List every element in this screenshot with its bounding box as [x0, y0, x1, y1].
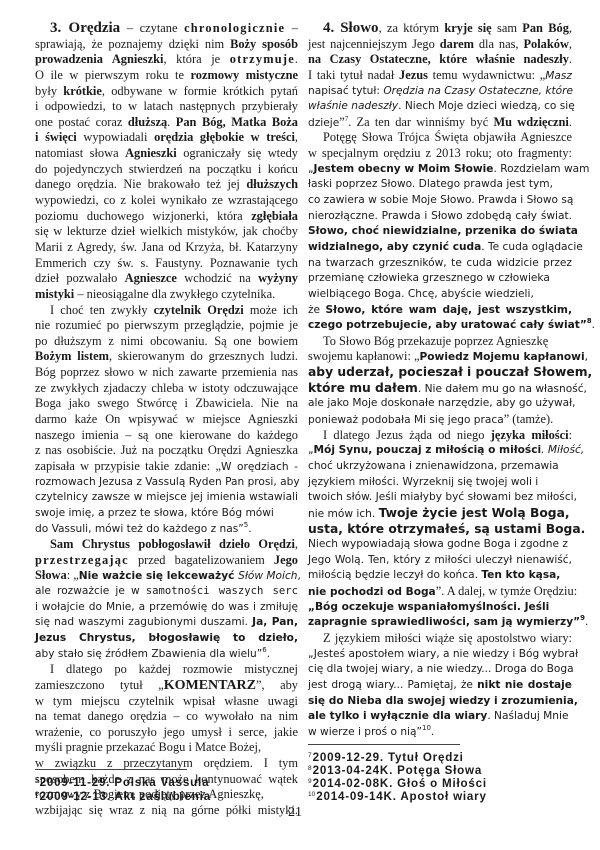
- text-line: Potęgę Słowa Trójca Święta objawiła Agni…: [308, 130, 572, 146]
- text-line: Z językiem miłości wiąże się apostolstwo…: [308, 631, 572, 647]
- text-line: Emmerich czy św. s. Faustyny. Poznawanie…: [35, 256, 298, 272]
- text-line: I taki tytuł nadał Jezus temu wydawnictw…: [308, 68, 572, 84]
- text-line: Marii z Agredy, św. Jana od Krzyża, bł. …: [35, 240, 298, 256]
- quote-line: przemianę człowieka grzesznego w człowie…: [308, 271, 572, 287]
- quote-line: Jego Wolą. Ten, który z miłości uleczył …: [308, 553, 572, 569]
- text-line: naszego imienia – są one kierowane do ka…: [35, 428, 298, 444]
- quote-line: że Słowo, które wam daję, jest wszystkim…: [308, 303, 572, 319]
- quote-line: Słowo, choć niewidzialne, przenika do św…: [308, 224, 572, 240]
- text-line: wzbijając się wraz z nią na górne półki …: [35, 803, 298, 819]
- text-line: ze zwykłych zjadaczy chleba w istoty odc…: [35, 381, 298, 397]
- quote-line: „Mój Synu, pouczaj z miłością o miłości.…: [308, 443, 572, 459]
- text-line: wypowiedzi, co z kolei wynikało ze wzras…: [35, 193, 298, 209]
- text-line: 4. Słowo, za którym kryje się sam Pan Bó…: [308, 21, 572, 37]
- text-line: I dlatego Jezus żąda od niego języka mił…: [308, 428, 572, 444]
- text-line: Sam Chrystus pobłogosławił dzieło Orędzi…: [35, 537, 298, 553]
- text-line: swojemu kapłanowi: „Powiedz Mojemu kapła…: [308, 349, 572, 365]
- text-line: ponieważ podobała Mi się jego praca” (ta…: [308, 412, 572, 428]
- left-column: 3. Orędzia – czytane chronologicznie – s…: [35, 21, 298, 819]
- footnote: 52009-11-29. Polska Vassula: [35, 776, 209, 789]
- quote-line: swoje imię, a przez te słowa, które Bóg …: [35, 506, 298, 522]
- quote-line: nie mów ich. Twoje życie jest Wolą Boga,: [308, 506, 572, 522]
- text-line: natomiast słowa Agnieszki ograniczały si…: [35, 146, 298, 162]
- quote-line: Niech wypowiadają słowa godne Boga i zgo…: [308, 537, 572, 553]
- quote-line: napisać tytuł: Orędzia na Czasy Ostatecz…: [308, 84, 572, 100]
- quote-line: do Vassuli, mówi też do każdego z nas”5.: [35, 522, 298, 538]
- text-line: sprawiają, że poznajemy dzięki nim Boży …: [35, 37, 298, 53]
- quote-line: miłością będzie leczył do końca. Ten kto…: [308, 568, 572, 584]
- text-line: mistyki – nieosiągalne dla zwykłego czyt…: [35, 287, 298, 303]
- text-line: wrażenie, co poruszyło jego umysł i serc…: [35, 725, 298, 741]
- text-line: Bóg poprzez słowo w nich zawarte przemie…: [35, 365, 298, 381]
- quote-line: zapragnie sprawiedliwości, sam ją wymier…: [308, 615, 572, 631]
- text-line: dzieł pozwalało Agnieszce wchodzić na wy…: [35, 271, 298, 287]
- page-number: 21: [288, 805, 302, 821]
- quote-line: na twarzach grzeszników, te cuda widzici…: [308, 256, 572, 272]
- quote-line: czytelnicy zawsze w miejsce jej imienia …: [35, 490, 298, 506]
- quote-line: się do Nieba dla swojej wiedzy i zrozumi…: [308, 694, 572, 710]
- quote-line: językiem miłości. Wyrzeknij się twojej w…: [308, 475, 572, 491]
- quote-line: „Bóg oczekuje wspaniałomyślności. Jeśli: [308, 600, 572, 616]
- quote-line: się nad waszymi zagubionymi duszami. Ja,…: [35, 615, 298, 631]
- quote-line: choć ukrzyżowana i znienawidzona, przema…: [308, 459, 572, 475]
- quote-line: aby stało się źródłem Zbawienia dla wiel…: [35, 647, 298, 663]
- text-line: Słowa: „Nie ważcie się lekceważyć Słów M…: [35, 568, 298, 584]
- text-line: O ile w pierwszym roku te rozmowy mistyc…: [35, 68, 298, 84]
- text-line: do pojedynczych stwierdzeń na początku i…: [35, 162, 298, 178]
- quote-line: które mu dałem. Nie dałem mu go na własn…: [308, 381, 572, 397]
- text-line: jest najcenniejszym Jego darem dla nas, …: [308, 37, 572, 53]
- text-line: I choć ten zwykły czytelnik Orędzi może …: [35, 303, 298, 319]
- text-line: darmo każe On wpisywać w miejsce Agniesz…: [35, 412, 298, 428]
- footnote: 92014-02-08K. Głoś o Miłości: [308, 777, 487, 790]
- text-line: To Słowo Bóg przekazuje poprzez Agnieszk…: [308, 334, 572, 350]
- text-line: nie pochodzi od Boga”. A dalej, w tymże …: [308, 584, 572, 600]
- quote-line: wielbiącego Boga. Chcę, abyście wiedziel…: [308, 287, 572, 303]
- text-line: one postać coraz dłuższą. Pan Bóg, Matka…: [35, 115, 298, 131]
- text-line: Boga jako swego Stwórcę i Zbawiciela. Ni…: [35, 396, 298, 412]
- text-line: były krótkie, odbywane w formie krótkich…: [35, 84, 298, 100]
- text-line: w tym miejscu czytelnik wpisał własne uw…: [35, 694, 298, 710]
- quote-line: usta, które otrzymałeś, są ustami Boga.: [308, 522, 572, 538]
- quote-line: co zawiera w sobie Moje Słowo. Prawda i …: [308, 193, 572, 209]
- text-line: się w lekturze dzieł wielkich mistyków, …: [35, 224, 298, 240]
- quote-line: w wierze i proś o nią”10.: [308, 725, 572, 741]
- text-line: poziomu duchowego wizjonerki, która zgłę…: [35, 209, 298, 225]
- quote-line: rozmowach Jezusa z Vassulą Ryden Pan pro…: [35, 475, 298, 491]
- quote-line: i wołajcie do Mnie, a przemówię do was i…: [35, 600, 298, 616]
- text-line: dzieje”7. Za ten dar winniśmy być Mu wdz…: [308, 115, 572, 131]
- quote-line: „Jesteś apostołem wiary, a nie wiedzy i …: [308, 647, 572, 663]
- text-line: na temat danego orędzia – co wywołało na…: [35, 709, 298, 725]
- quote-line: ale rozważcie je w samotności waszych se…: [35, 584, 298, 600]
- footnote-ref: 10: [422, 724, 431, 732]
- text-line: zamieszczono tytuł „KOMENTARZ”, aby: [35, 678, 298, 694]
- text-line: nie rozumieć po pierwszym przeglądzie, p…: [35, 318, 298, 334]
- quote-line: ale jako Moje doskonałe narzędzie, aby g…: [308, 396, 572, 412]
- text-line: danego orędzia. Nie brakowało też jej dł…: [35, 177, 298, 193]
- text-line: zapisała w przypisie takie zdanie: „W or…: [35, 459, 298, 475]
- footnote: 102014-09-14K. Apostoł wiary: [308, 790, 487, 803]
- quote-line: właśnie nadeszły. Niech Moje dzieci wied…: [308, 99, 572, 115]
- text-line: 3. Orędzia – czytane chronologicznie –: [35, 21, 298, 37]
- quote-line: Jezus Chrystus, błogosławię to dzieło,: [35, 631, 298, 647]
- footnote: 62009-12-13. Akt zaślubienia: [35, 790, 211, 803]
- quote-line: cię dla twojej wiary, a nie wiedzy... Dr…: [308, 662, 572, 678]
- text-line: i odpowiedzi, to w latach następnych prz…: [35, 99, 298, 115]
- footnote-divider: [35, 769, 187, 770]
- quote-line: nierozłączne. Prawda i Słowo zdobędą cał…: [308, 209, 572, 225]
- text-line: przestrzegając przed bagatelizowaniem Je…: [35, 553, 298, 569]
- text-line: w specjalnym orędziu z 2013 roku; oto fr…: [308, 146, 572, 162]
- text-line: Bożym listem, skierowanym do grzesznych …: [35, 349, 298, 365]
- quote-line: czego potrzebujecie, aby uratować cały ś…: [308, 318, 572, 334]
- quote-line: aby uderzał, pocieszał i pouczał Słowem,: [308, 365, 572, 381]
- quote-line: jest drogą wiary... Pamiętaj, że nikt ni…: [308, 678, 572, 694]
- quote-line: ale tylko i wyłącznie dla wiary. Naśladu…: [308, 709, 572, 725]
- quote-line: twoich słów. Jeśli miałyby być słowami b…: [308, 490, 572, 506]
- quote-line: „Jestem obecny w Moim Słowie. Rozdzielam…: [308, 162, 572, 178]
- text-line: z nas osobiście. Już na początku Orędzi …: [35, 443, 298, 459]
- footnote: 72009-12-29. Tytuł Orędzi: [308, 751, 464, 764]
- quote-line: łaski poprzez Słowo. Dlatego prawda jest…: [308, 177, 572, 193]
- text-line: i święci wypowiadali orędzia głębokie w …: [35, 130, 298, 146]
- footnote-divider: [308, 744, 460, 745]
- quote-line: widzialnego, aby czynić cuda. Te cuda og…: [308, 240, 572, 256]
- text-line: I dlatego po każdej rozmowie mistycznej: [35, 662, 298, 678]
- text-line: prowadzenia Agnieszki, która je otrzymuj…: [35, 52, 298, 68]
- text-line: na Czasy Ostateczne, które właśnie nades…: [308, 52, 572, 68]
- text-line: po dłuższym z nimi obcowaniu. Są one bow…: [35, 334, 298, 350]
- footnote: 82013-04-24K. Potęga Słowa: [308, 764, 482, 777]
- right-column: 4. Słowo, za którym kryje się sam Pan Bó…: [308, 21, 572, 740]
- text-line: myśli pragnie przekazać Bogu i Matce Boż…: [35, 740, 298, 756]
